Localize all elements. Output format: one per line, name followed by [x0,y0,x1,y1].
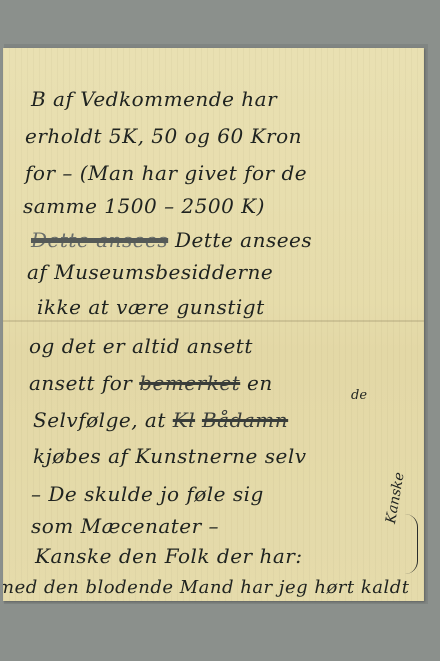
letter-page: B af Vedkommende har erholdt 5K, 50 og 6… [3,48,424,601]
struck-text: bemerket [139,371,240,395]
text-line-6: af Museumsbesidderne [27,260,273,284]
text-line-13: som Mæcenater – [31,514,219,538]
line-text: ansett for [29,371,139,395]
text-line-12: – De skulde jo føle sig [31,482,264,506]
line-text: Selvfølge, at [33,408,173,432]
text-line-11: kjøbes af Kunstnerne selv [33,444,307,468]
struck-text: Dette ansees [31,228,168,252]
interlinear-insert: de [351,388,367,403]
text-line-5: Dette ansees Dette ansees [31,228,312,252]
line-text: en [240,371,273,395]
text-line-10: Selvfølge, at Kl Bådamn [33,408,288,432]
text-line-9: ansett for bemerket en [29,371,273,395]
text-line-7: ikke at være gunstigt [37,295,265,319]
struck-text: Bådamn [202,408,288,432]
line-text: Dette ansees [168,228,312,252]
line-text [195,408,202,432]
fold-line [3,320,424,322]
text-line-14: Kanske den Folk der har: [35,544,303,568]
text-line-1: B af Vedkommende har [31,87,277,111]
text-line-2: erholdt 5K, 50 og 60 Kron [25,124,302,148]
text-line-4: samme 1500 – 2500 K) [23,194,265,218]
struck-text: Kl [173,408,195,432]
text-line-15: med den blodende Mand har jeg hørt kaldt [3,577,410,598]
margin-bracket [405,514,418,574]
text-line-3: for – (Man har givet for de [25,161,307,185]
text-line-8: og det er altid ansett [29,334,253,358]
